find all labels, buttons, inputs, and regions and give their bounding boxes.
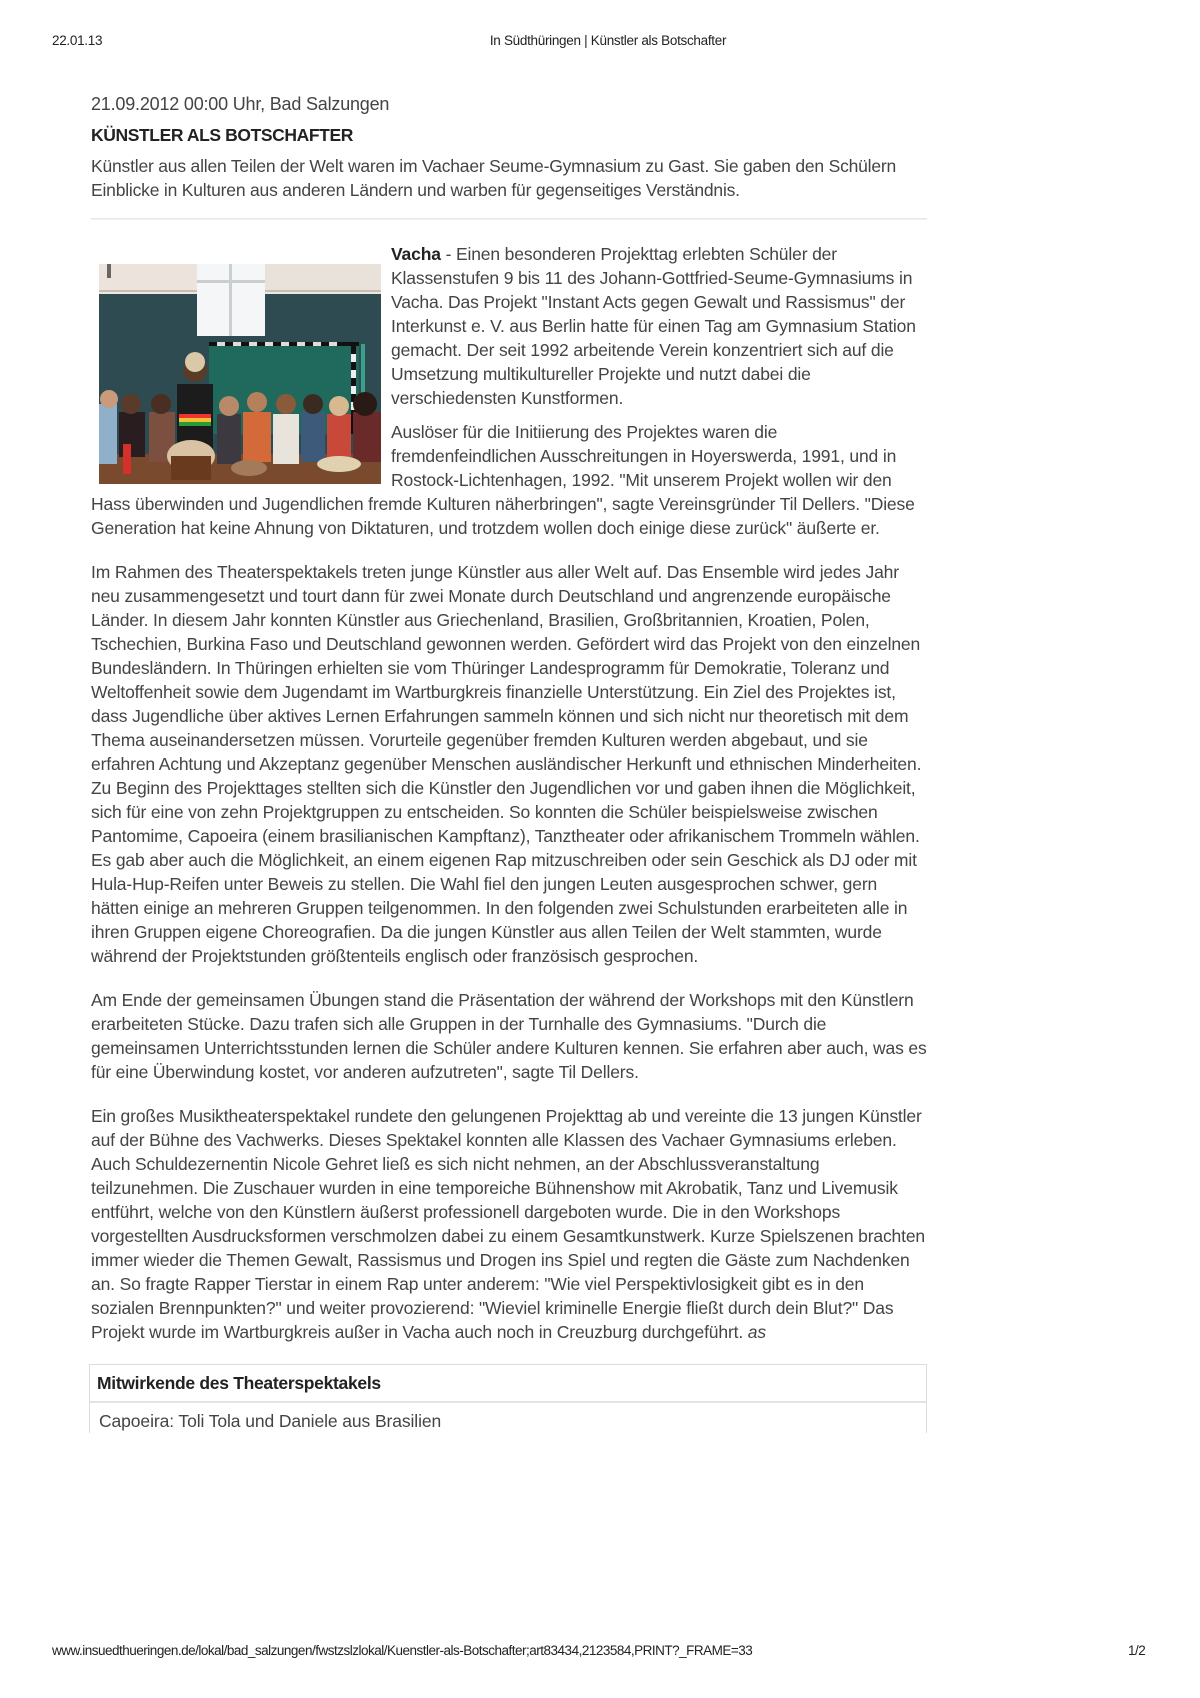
paragraph-text: Ein großes Musiktheaterspektakel rundete… (91, 1106, 925, 1342)
article: 21.09.2012 00:00 Uhr, Bad Salzungen KÜNS… (91, 92, 927, 1433)
print-header: 22.01.13 In Südthüringen | Künstler als … (0, 33, 1200, 53)
paragraph: Ein großes Musiktheaterspektakel rundete… (91, 1104, 927, 1344)
author-initials: as (748, 1322, 766, 1342)
article-body: Vacha - Einen besonderen Projekttag erle… (91, 242, 927, 1344)
print-url: www.insuedthueringen.de/lokal/bad_salzun… (52, 1643, 752, 1658)
page-number: 1/2 (1128, 1643, 1145, 1658)
article-teaser: Künstler aus allen Teilen der Welt waren… (91, 154, 921, 202)
photo-drumming-workshop (99, 264, 381, 484)
print-page-title: In Südthüringen | Künstler als Botschaft… (0, 33, 1200, 48)
page-break (0, 1636, 1200, 1640)
info-box-title: Mitwirkende des Theaterspektakels (90, 1365, 926, 1403)
lead-text: - Einen besonderen Projekttag erlebten S… (391, 244, 916, 408)
info-box: Mitwirkende des Theaterspektakels Capoei… (89, 1364, 927, 1433)
article-headline: KÜNSTLER ALS BOTSCHAFTER (91, 124, 927, 146)
paragraph: Im Rahmen des Theaterspektakels treten j… (91, 560, 927, 968)
paragraph: Am Ende der gemeinsamen Übungen stand di… (91, 988, 927, 1084)
info-box-row: Capoeira: Toli Tola und Daniele aus Bras… (90, 1403, 926, 1433)
article-photo (99, 264, 381, 484)
teaser-divider (91, 218, 927, 220)
lead-location: Vacha (391, 244, 441, 264)
article-dateline: 21.09.2012 00:00 Uhr, Bad Salzungen (91, 92, 927, 116)
